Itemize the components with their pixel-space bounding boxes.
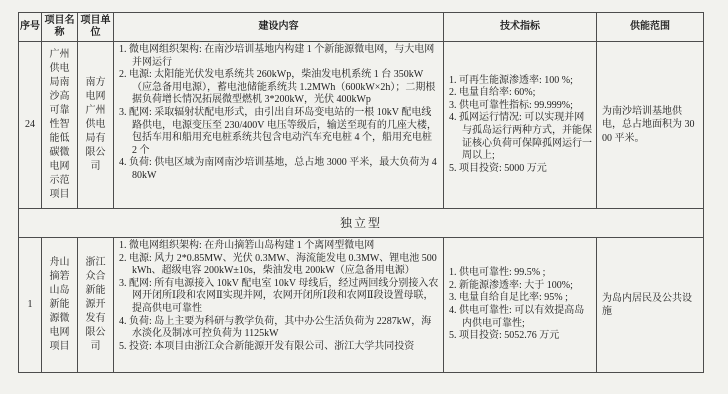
cell-supply-scope: 为南沙培训基地供电，总占地面积为 3000 平米。 — [597, 42, 704, 209]
cell-serial-no: 24 — [19, 42, 42, 209]
cell-project-unit: 浙江众合新能源开发有限公司 — [78, 238, 114, 373]
indicator-item-5: 5. 项目投资: 5052.76 万元 — [449, 330, 593, 343]
content-item-2: 2. 电源: 风力 2*0.85MW、光伏 0.3MW、海流能发电 0.3MW、… — [119, 253, 439, 278]
cell-project-name: 广州供电局南沙高可靠性智能低碳微电网示范项目 — [42, 42, 78, 209]
table-row-project-1: 1 舟山摘箬山岛新能源微电网项目 浙江众合新能源开发有限公司 1. 微电网组织架… — [19, 238, 704, 373]
indicator-item-3: 3. 电量自给自足比率: 95% ; — [449, 292, 593, 305]
indicator-item-3: 3. 供电可靠性指标: 99.999%; — [449, 100, 593, 113]
indicator-item-4: 4. 供电可靠性: 可以有效提高岛内供电可靠性; — [449, 305, 593, 330]
cell-project-unit: 南方电网广州供电局有限公司 — [78, 42, 114, 209]
section-divider-row: 独立型 — [19, 209, 704, 238]
microgrid-project-table: 序号 项目名称 项目单位 建设内容 技术指标 供能范围 24 广州供电局南沙高可… — [18, 12, 704, 373]
cell-construction-content: 1. 微电网组织架构: 在南沙培训基地内构建 1 个新能源微电网，与大电网并网运… — [114, 42, 444, 209]
cell-tech-indicators: 1. 供电可靠性: 99.5% ; 2. 新能源渗透率: 大于 100%; 3.… — [444, 238, 597, 373]
cell-project-name: 舟山摘箬山岛新能源微电网项目 — [42, 238, 78, 373]
col-header-project-name: 项目名称 — [42, 13, 78, 42]
col-header-construction-content: 建设内容 — [114, 13, 444, 42]
cell-construction-content: 1. 微电网组织架构: 在舟山摘箬山岛构建 1 个离网型微电网 2. 电源: 风… — [114, 238, 444, 373]
content-item-1: 1. 微电网组织架构: 在南沙培训基地内构建 1 个新能源微电网，与大电网并网运… — [119, 44, 439, 69]
col-header-project-unit: 项目单位 — [78, 13, 114, 42]
col-header-tech-indicators: 技术指标 — [444, 13, 597, 42]
col-header-serial-no: 序号 — [19, 13, 42, 42]
table-row-project-24: 24 广州供电局南沙高可靠性智能低碳微电网示范项目 南方电网广州供电局有限公司 … — [19, 42, 704, 209]
cell-supply-scope: 为岛内居民及公共设施 — [597, 238, 704, 373]
content-item-5: 5. 投资: 本项目由浙江众合新能源开发有限公司、浙江大学共同投资 — [119, 341, 439, 354]
content-item-1: 1. 微电网组织架构: 在舟山摘箬山岛构建 1 个离网型微电网 — [119, 240, 439, 253]
content-item-2: 2. 电源: 太阳能光伏发电系统共 260kWp，柴油发电机系统 1 台 350… — [119, 69, 439, 107]
scanned-document-page: 序号 项目名称 项目单位 建设内容 技术指标 供能范围 24 广州供电局南沙高可… — [0, 0, 728, 394]
table-header-row: 序号 项目名称 项目单位 建设内容 技术指标 供能范围 — [19, 13, 704, 42]
content-item-4: 4. 负荷: 岛上主要为科研与教学负荷，其中办公生活负荷为 2287kW，海水淡… — [119, 316, 439, 341]
content-item-4: 4. 负荷: 供电区域为南网南沙培训基地，总占地 3000 平米，最大负荷为 4… — [119, 157, 439, 182]
content-item-3: 3. 配网: 所有电源接入 10kV 配电室 10kV 母线后，经过两回线分别接… — [119, 278, 439, 316]
indicator-item-5: 5. 项目投资: 5000 万元 — [449, 163, 593, 176]
indicator-item-1: 1. 供电可靠性: 99.5% ; — [449, 267, 593, 280]
indicator-item-2: 2. 新能源渗透率: 大于 100%; — [449, 280, 593, 293]
indicator-item-2: 2. 电量自给率: 60%; — [449, 87, 593, 100]
indicator-item-4: 4. 孤网运行情况: 可以实现并网与孤岛运行两种方式，并能保证核心负荷可保障孤网… — [449, 112, 593, 162]
cell-serial-no: 1 — [19, 238, 42, 373]
col-header-supply-scope: 供能范围 — [597, 13, 704, 42]
indicator-item-1: 1. 可再生能源渗透率: 100 %; — [449, 75, 593, 88]
cell-tech-indicators: 1. 可再生能源渗透率: 100 %; 2. 电量自给率: 60%; 3. 供电… — [444, 42, 597, 209]
content-item-3: 3. 配网: 采取辐射状配电形式，由引出自环岛变电站的一根 10kV 配电线路供… — [119, 107, 439, 157]
section-divider-label: 独立型 — [19, 209, 704, 238]
